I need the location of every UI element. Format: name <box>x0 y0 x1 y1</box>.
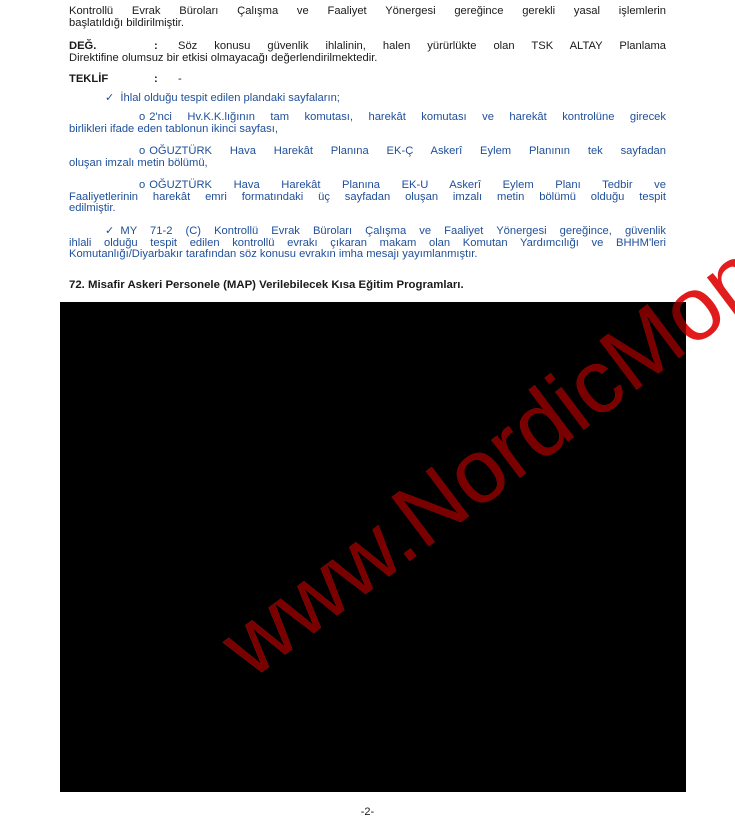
checkmark-icon: ✓ <box>105 226 114 238</box>
list-item-5-line-1: ✓MY 71-2 (C) Kontrollü Evrak Büroları Ça… <box>69 226 666 238</box>
intro-line-1: Kontrollü Evrak Büroları Çalışma ve Faal… <box>69 6 666 18</box>
deg-line-1: DEĞ. : Söz konusu güvenlik ihlalinin, ha… <box>69 41 666 53</box>
list-item-1-text: İhlal olduğu tespit edilen plandaki sayf… <box>120 92 340 104</box>
list-item-3: oOĞUZTÜRK Hava Harekât Planına EK-Ç Aske… <box>69 146 666 169</box>
list-item-3-text-1: OĞUZTÜRK Hava Harekât Planına EK-Ç Asker… <box>149 145 666 157</box>
list-item-4-line-3: edilmiştir. <box>69 203 666 215</box>
teklif-label: TEKLİF <box>69 74 154 86</box>
redacted-region <box>60 302 686 792</box>
checkmark-icon: ✓ <box>105 93 114 105</box>
circle-bullet-icon: o <box>139 112 145 124</box>
list-item-5: ✓MY 71-2 (C) Kontrollü Evrak Büroları Ça… <box>69 226 666 261</box>
circle-bullet-icon: o <box>139 146 145 158</box>
deg-colon: : <box>154 41 178 53</box>
intro-paragraph: Kontrollü Evrak Büroları Çalışma ve Faal… <box>69 6 666 29</box>
list-item-4-line-2: Faaliyetlerinin harekât emri formatındak… <box>69 192 666 204</box>
list-item-3-line-1: oOĞUZTÜRK Hava Harekât Planına EK-Ç Aske… <box>69 146 666 158</box>
list-item-2: o2'nci Hv.K.K.lığının tam komutası, hare… <box>69 112 666 135</box>
list-item-2-line-2: birlikleri ifade eden tablonun ikinci sa… <box>69 124 666 136</box>
list-item-2-line-1: o2'nci Hv.K.K.lığının tam komutası, hare… <box>69 112 666 124</box>
section-heading: 72. Misafir Askeri Personele (MAP) Veril… <box>69 279 464 291</box>
page-number: -2- <box>0 806 735 818</box>
teklif-line: TEKLİF:- <box>69 74 666 86</box>
list-item-1: ✓İhlal olduğu tespit edilen plandaki say… <box>69 93 666 105</box>
teklif-value: - <box>178 73 182 85</box>
intro-line-2: başlatıldığı bildirilmiştir. <box>69 18 666 30</box>
list-item-2-text-1: 2'nci Hv.K.K.lığının tam komutası, harek… <box>149 111 666 123</box>
circle-bullet-icon: o <box>139 180 145 192</box>
deg-paragraph: DEĞ. : Söz konusu güvenlik ihlalinin, ha… <box>69 41 666 64</box>
list-item-4-text-1: OĞUZTÜRK Hava Harekât Planına EK-U Asker… <box>149 179 666 191</box>
deg-line-2: Direktifine olumsuz bir etkisi olmayacağ… <box>69 53 666 65</box>
list-item-5-text-1: MY 71-2 (C) Kontrollü Evrak Büroları Çal… <box>120 225 666 237</box>
teklif-colon: : <box>154 74 178 86</box>
list-item-4: oOĞUZTÜRK Hava Harekât Planına EK-U Aske… <box>69 180 666 215</box>
deg-text-1: Söz konusu güvenlik ihlalinin, halen yür… <box>178 41 666 53</box>
list-item-4-line-1: oOĞUZTÜRK Hava Harekât Planına EK-U Aske… <box>69 180 666 192</box>
list-item-5-line-3: Komutanlığı/Diyarbakır tarafından söz ko… <box>69 249 666 261</box>
document-page: Kontrollü Evrak Büroları Çalışma ve Faal… <box>0 0 735 826</box>
deg-label: DEĞ. <box>69 41 154 53</box>
list-item-3-line-2: oluşan imzalı metin bölümü, <box>69 158 666 170</box>
